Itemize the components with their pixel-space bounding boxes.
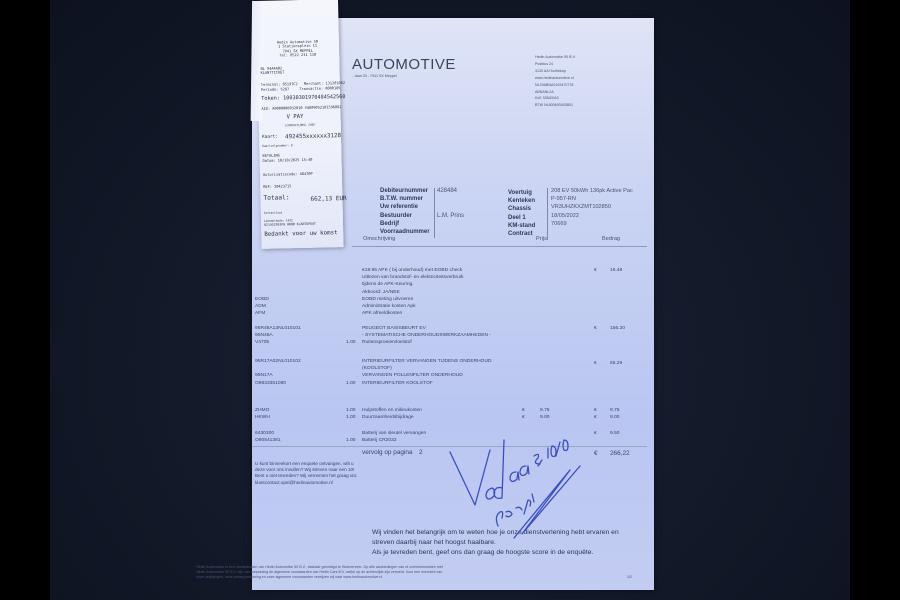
meta-value: P-957-RN	[551, 195, 633, 203]
meta-value: 208 EV 50kWh 136pk Active Pac	[551, 187, 633, 195]
company-details: Hedin Automotive 50 B.V.Postbus 243130 A…	[535, 54, 576, 109]
item-amount: 16.48	[610, 267, 622, 274]
item-description: PEUGEOT BASISBEURT EV	[362, 325, 426, 332]
message-line: Als je tevreden bent, geef ons dan graag…	[372, 548, 619, 558]
item-code: 95N17A	[255, 372, 273, 379]
item-description: APK afmeldkosten	[362, 310, 402, 317]
receipt-footer-ref: 021432F03F0 000B KLANTUPDAT	[264, 222, 316, 228]
item-description: Akkoord: JA/NEE	[362, 289, 400, 296]
meta-value	[551, 228, 633, 236]
amount-currency: €	[594, 430, 597, 437]
item-quantity: 1.00	[346, 380, 356, 387]
receipt-card-number: 492455xxxxxx3128	[285, 133, 341, 140]
item-code: AFM	[255, 310, 265, 317]
receipt-thanks: Bedankt voor uw komst	[264, 230, 337, 238]
item-code: HKWH	[255, 414, 270, 421]
item-description: INTERIEURFILTER KOOLSTOF	[362, 380, 433, 387]
legal-footer: Hedin Automotive is een handelsnaam van …	[196, 565, 443, 580]
receipt-total: 662,13 EUR	[310, 195, 346, 203]
meta-value	[437, 220, 464, 228]
item-description: tijdens de APK-Keuring.	[362, 281, 414, 288]
item-code: O90541381	[255, 437, 281, 444]
divider	[547, 188, 548, 240]
item-description: €19.95 APK ( bij onderhoud) met EOBD che…	[362, 267, 462, 274]
item-amount: 65.29	[610, 360, 622, 367]
item-code: EOBD	[255, 296, 269, 303]
item-description: - SYSTEMATISCHE ONDERHOUDSWERKZAAMHEDEN …	[362, 332, 491, 339]
item-price: 9.00	[540, 414, 550, 421]
meta-label: Chassis	[508, 205, 535, 213]
item-code: O9833351080	[255, 380, 286, 387]
item-description: Uitlezen van brandstof- en elektriciteit…	[362, 274, 463, 281]
item-description: Ruitensproeiervloeistof	[362, 339, 412, 346]
receipt-ref: REF: 10423715	[263, 184, 291, 189]
receipt-aid: AID: A0000000032010 V4809052101596082	[261, 105, 341, 111]
handwritten-signature	[430, 430, 590, 540]
footer-line: onze vestigingen, onze privacyverklaring…	[196, 575, 443, 580]
item-description: VERVANGEN POLLENFILTER ONDERHOUD	[362, 372, 463, 379]
meta-label: Bedrijf	[380, 220, 430, 228]
subtotal: 266,22	[610, 450, 630, 457]
receipt-merchant-header: Hedin Automotive 501 Stationsplein 11794…	[277, 40, 318, 59]
meta-value	[437, 203, 464, 211]
receipt-fold	[251, 1, 264, 121]
survey-text: U kunt binnenkort een enquete ontvangen,…	[255, 461, 357, 486]
customer-meta-values: 428484 L.M. Prins	[437, 187, 464, 236]
meta-label: Contract	[508, 230, 535, 238]
meta-label: Bestuurder	[380, 212, 430, 220]
brand-logo: AUTOMOTIVE	[352, 56, 456, 73]
amount-currency: €	[594, 414, 597, 421]
item-quantity: 1.00	[346, 437, 356, 444]
item-description: Batterij CR2032	[362, 437, 397, 444]
company-line: KvK 33540043	[535, 95, 576, 102]
vehicle-meta-values: 208 EV 50kWh 136pk Active PacP-957-RNVR3…	[551, 187, 633, 236]
customer-meta-labels: DebiteurnummerB.T.W. nummerUw referentie…	[380, 187, 430, 236]
continued-page: 2	[419, 449, 423, 456]
receipt-date: Datum: 10/10/2025 15:40	[263, 158, 313, 164]
company-line: ABNANL2A	[535, 89, 576, 96]
meta-label: Voorraadnummer	[380, 228, 430, 236]
meta-value: L.M. Prins	[437, 212, 464, 220]
item-description: Administratie kosten Apk	[362, 303, 416, 310]
continued-label: vervolg op pagina	[362, 449, 412, 456]
meta-label: Voertuig	[508, 189, 535, 197]
company-line: BTW NL800693453B01	[535, 102, 576, 109]
receipt-card-type: V PAY	[287, 114, 304, 120]
divider	[434, 188, 435, 238]
meta-value: 18/05/2022	[551, 212, 633, 220]
receipt-id-line: KLANTTICKET	[261, 71, 285, 76]
item-description: Duurzaamheidsbijdrage	[362, 414, 414, 421]
item-quantity: 1.00	[346, 414, 356, 421]
survey-line: Bent u niet tevreden? Wij vernemen het g…	[255, 473, 357, 479]
amount-currency: €	[594, 360, 597, 367]
meta-value	[437, 228, 464, 236]
receipt-token: Token: 10030301970484542560	[261, 94, 345, 102]
amount-currency: €	[594, 267, 597, 274]
item-code: ADM	[255, 303, 266, 310]
page-indicator: 1/2	[627, 575, 632, 579]
meta-label: Debiteurnummer	[380, 187, 430, 195]
payment-receipt: Hedin Automotive 501 Stationsplein 11794…	[256, 0, 344, 249]
vehicle-meta-labels: VoertuigKentekenChassisDeel 1KM-standCon…	[508, 189, 535, 238]
item-code: 95R17A02NL010102	[255, 358, 301, 365]
brand-address: ...laan 33 - 7941 SX Meppel	[352, 74, 397, 78]
company-line: 3130 AA Hoofddorp	[535, 68, 576, 75]
meta-label: KM-stand	[508, 222, 535, 230]
item-amount: 156.20	[610, 325, 625, 332]
item-amount: 9.50	[610, 430, 620, 437]
survey-line: klantcontact.opel@hedinautomotive.nl	[255, 480, 357, 486]
company-line: Hedin Automotive 50 B.V.	[535, 54, 576, 61]
receipt-auth: Autorisatiecode: A84T0P	[263, 172, 313, 178]
column-price: Prijs	[536, 236, 547, 242]
receipt-total-label: Totaal:	[263, 194, 289, 202]
meta-value: VR3UHZKXZMT102850	[551, 203, 633, 211]
item-code: V4705	[255, 339, 269, 346]
meta-label: Deel 1	[508, 214, 535, 222]
receipt-card-seq: Kaartvolgnummer: 0	[262, 143, 292, 148]
company-line: Postbus 24	[535, 61, 576, 68]
form-code: ·····	[245, 537, 249, 542]
header-rule	[352, 246, 647, 247]
receipt-contact-label: Contactloos	[264, 210, 283, 215]
item-description: Batterij van sleutel vervangen	[362, 430, 426, 437]
item-description: (KOOLSTOF)	[362, 365, 392, 372]
subtotal-currency: €	[594, 450, 598, 457]
column-description: Omschrijving	[363, 236, 395, 242]
receipt-period: Periode: 5287 Transactie: 0000185	[261, 86, 341, 92]
meta-label: Kenteken	[508, 197, 535, 205]
meta-label: Uw referentie	[380, 203, 430, 211]
item-code: 95R48A13NL010101	[255, 325, 301, 332]
item-description: INTERIEURFILTER VERVANGEN TIJDENS ONDERH…	[362, 358, 492, 365]
item-amount: 9.00	[610, 414, 620, 421]
company-line: NL29ABNA0109470778	[535, 82, 576, 89]
meta-value: 70669	[551, 220, 633, 228]
item-code: 6430300	[255, 430, 274, 437]
receipt-card-label: Kaart:	[262, 136, 278, 141]
company-line: www.hedinautomotive.nl	[535, 75, 576, 82]
receipt-ids: NL 94A4A02KLANTTICKET	[260, 66, 284, 75]
item-quantity: 1.00	[346, 339, 356, 346]
meta-label: B.T.W. nummer	[380, 195, 430, 203]
price-currency: €	[522, 414, 525, 421]
meta-value: 428484	[437, 187, 464, 195]
receipt-card-subtitle: (CONTACTLOOS) CHIP	[285, 123, 315, 128]
meta-value	[437, 195, 464, 203]
column-amount: Bedrag	[602, 236, 620, 242]
item-code: 95N48A	[255, 332, 273, 339]
item-description: EOBD meting uitvoeren	[362, 296, 413, 303]
amount-currency: €	[594, 325, 597, 332]
receipt-header-line: Tel: 0522 231 110	[277, 53, 318, 58]
